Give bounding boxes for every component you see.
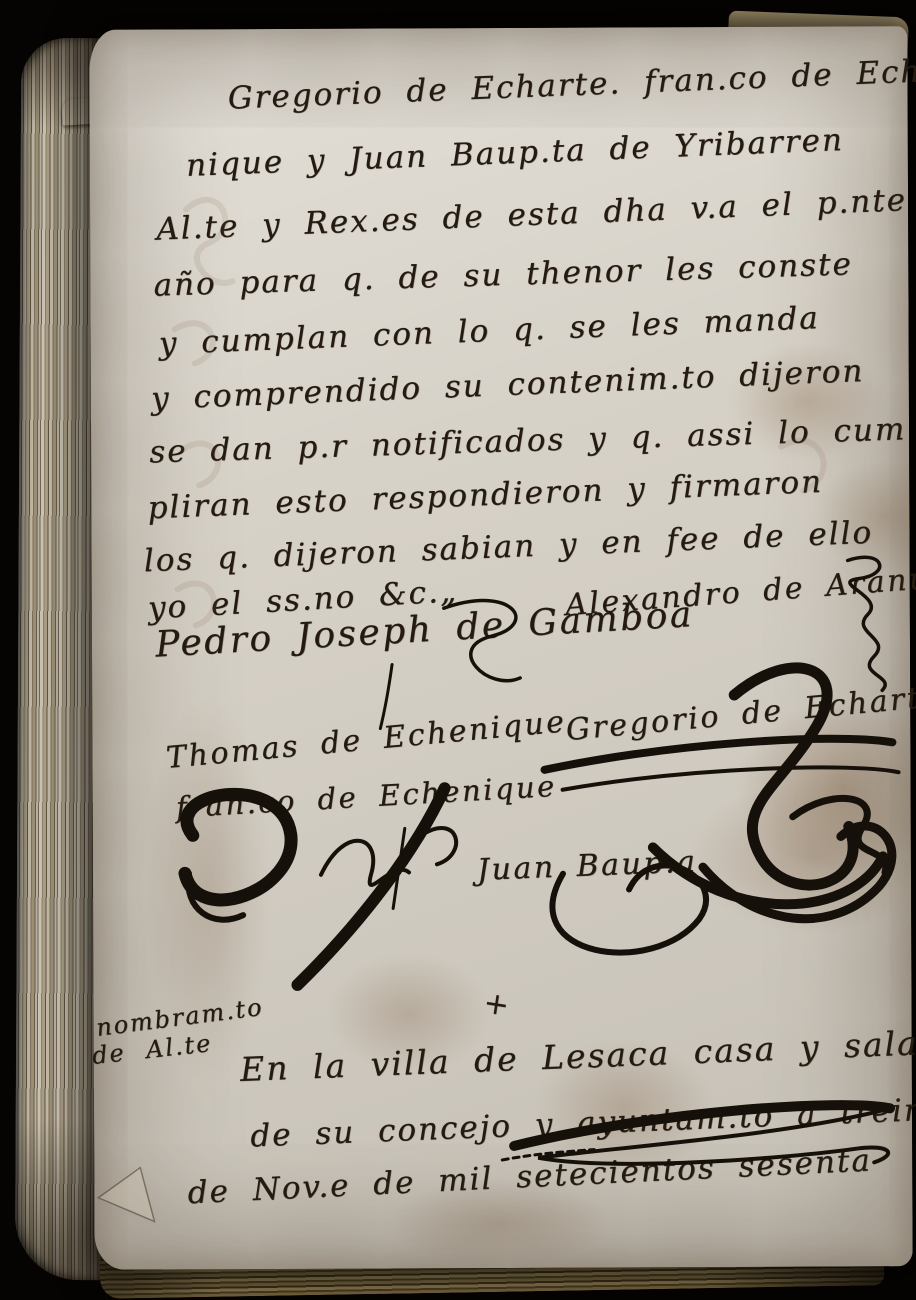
manuscript-line: se dan p.r notificados y q. assi lo cum — [149, 414, 907, 468]
signature: Alexandro de Aranue — [564, 563, 916, 622]
manuscript-line: los q. dijeron sabian y en fee de ello — [143, 518, 873, 578]
closing-line: de su concejo y ayuntam.to a treinta — [250, 1094, 916, 1153]
manuscript-page: Gregorio de Echarte. fran.co de Echo niq… — [89, 26, 912, 1270]
manuscript-line: Al.te y Rex.es de esta dha v.a el p.nte — [156, 185, 908, 245]
cross-mark: + — [481, 988, 512, 1022]
manuscript-line: pliran esto respondieron y firmaron — [147, 467, 824, 525]
closing-line: de Nov.e de mil setecientos sesenta — [187, 1145, 872, 1209]
manuscript-line: nique y Juan Baup.ta de Yribarren — [185, 125, 844, 182]
manuscript-line: Gregorio de Echarte. fran.co de Echo — [227, 56, 916, 115]
photograph-background: Gregorio de Echarte. fran.co de Echo niq… — [0, 0, 916, 1300]
signature: Thomas de Echenique — [165, 707, 568, 774]
manuscript-line: y comprendido su contenim.to dijeron — [151, 356, 865, 415]
signature: Juan Baup.a — [476, 847, 697, 886]
signature: Gregorio de Echarte — [565, 682, 916, 746]
manuscript-line: y cumplan con lo q. se les manda — [158, 303, 820, 360]
signature: fran.co de Echenique — [175, 772, 557, 823]
closing-line: En la villa de Lesaca casa y sala — [239, 1026, 916, 1086]
manuscript-line: año para q. de su thenor les conste — [153, 249, 853, 301]
